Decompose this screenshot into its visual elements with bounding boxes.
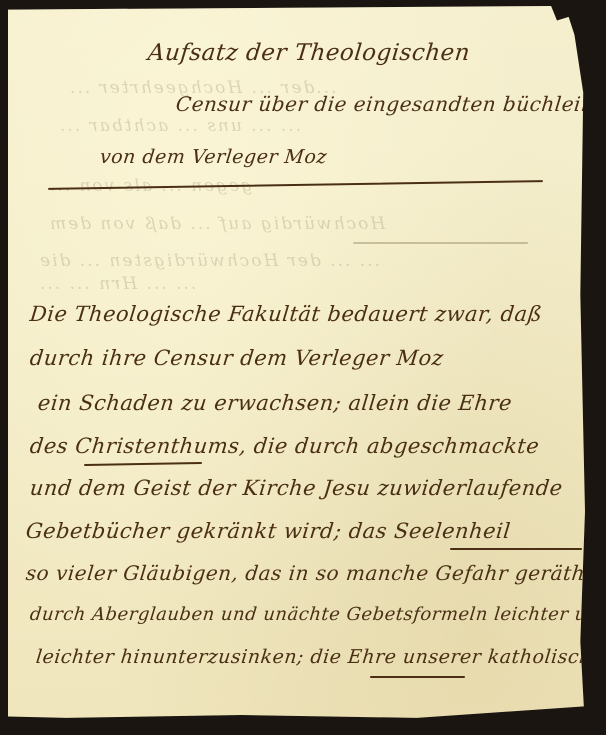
- underline-seelenheil: [450, 548, 582, 550]
- bleed-through-text: Hochwürdig auf ... daß von dem: [48, 214, 385, 234]
- underline-christenthums: [84, 462, 202, 466]
- manuscript-page: ...der ... Hochgeehrter ... ... ... uns …: [8, 6, 592, 728]
- body-line: ein Schaden zu erwachsen; allein die Ehr…: [37, 391, 514, 415]
- bleed-through-text: ... ... uns ... achtbar ...: [58, 116, 301, 136]
- heading-line-3: von dem Verleger Moz: [99, 146, 328, 168]
- bleed-through-text: ... ... Hrn ... ...: [38, 274, 196, 294]
- underline-ehre: [370, 676, 465, 678]
- bleed-through-text: ... ... der Hochwürdigsten ... die: [38, 251, 380, 271]
- body-line: Die Theologische Fakultät bedauert zwar,…: [29, 302, 544, 326]
- body-line: durch ihre Censur dem Verleger Moz: [29, 346, 445, 370]
- body-line: leichter hinunterzusinken; die Ehre unse…: [35, 646, 606, 668]
- heading-line-1: Aufsatz der Theologischen: [147, 40, 472, 66]
- body-line: durch Aberglauben und unächte Gebetsform…: [29, 604, 606, 625]
- bleed-through-rule: [353, 242, 528, 244]
- body-line: des Christenthums, die durch abgeschmack…: [29, 434, 541, 458]
- body-line: so vieler Gläubigen, das in so manche Ge…: [25, 561, 594, 585]
- heading-line-2: Censur über die eingesandten büchlein: [175, 92, 596, 116]
- body-line: Gebetbücher gekränkt wird; das Seelenhei…: [25, 519, 512, 543]
- body-line: und dem Geist der Kirche Jesu zuwiderlau…: [29, 476, 564, 500]
